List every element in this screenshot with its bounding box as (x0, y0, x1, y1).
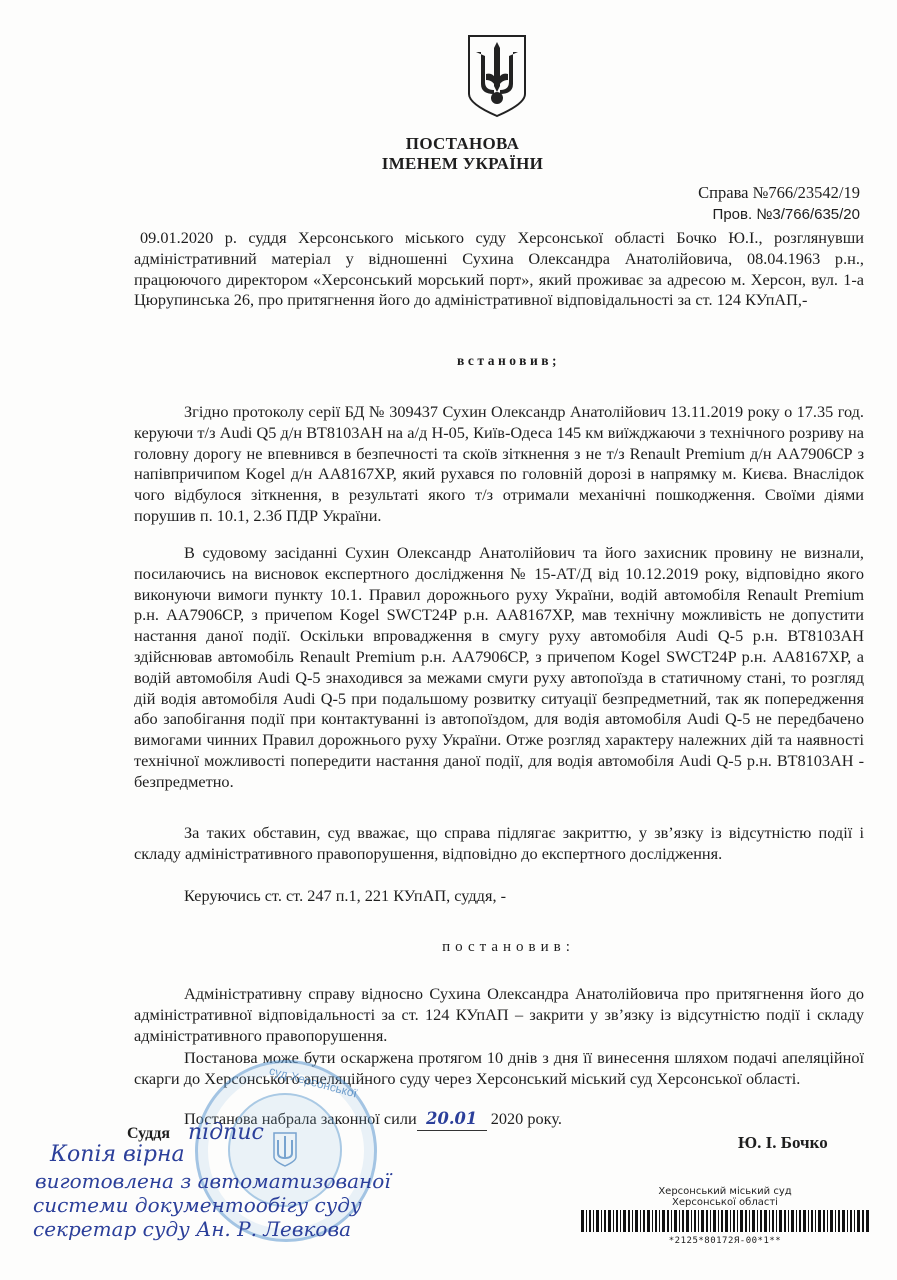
barcode-title-line2: Херсонської області (575, 1197, 875, 1208)
effective-suffix: 2020 року. (491, 1109, 562, 1128)
ukraine-trident-emblem-icon (466, 34, 528, 118)
barcode-title-line1: Херсонський міський суд (575, 1186, 875, 1197)
established-paragraph-3: За таких обставин, суд вважає, що справа… (134, 823, 864, 865)
handwritten-line-4: секретар суду Ан. Р. Левкова (33, 1218, 351, 1240)
document-title: ПОСТАНОВА (14, 134, 897, 154)
barcode-code: *2125*80172Я-00*1** (575, 1236, 875, 1246)
paragraph-text: За таких обставин, суд вважає, що справа… (134, 823, 864, 863)
section-heading-established: встановив; (60, 353, 897, 369)
signer-label: Суддя (127, 1125, 170, 1143)
document-page: ПОСТАНОВА ІМЕНЕМ УКРАЇНИ Справа №766/235… (0, 0, 897, 1280)
paragraph-text: Керуючись ст. ст. 247 п.1, 221 КУпАП, су… (184, 886, 506, 905)
effective-date-handwritten: 20.01 (417, 1109, 487, 1131)
barcode-block: Херсонський міський суд Херсонської обла… (575, 1186, 875, 1246)
established-paragraph-4: Керуючись ст. ст. 247 п.1, 221 КУпАП, су… (134, 886, 864, 907)
handwritten-line-3: системи документообігу суду (33, 1194, 362, 1216)
handwritten-signature: підпис (188, 1122, 264, 1144)
signer-name: Ю. І. Бочко (738, 1133, 828, 1153)
intro-text: 09.01.2020 р. суддя Херсонського міськог… (134, 228, 864, 309)
intro-paragraph: 09.01.2020 р. суддя Херсонського міськог… (134, 228, 864, 311)
section-heading-resolved: постановив: (60, 939, 897, 956)
established-paragraph-1: Згідно протоколу серії БД № 309437 Сухин… (134, 402, 864, 527)
handwritten-line-2: виготовлена з автоматизованої (35, 1170, 391, 1192)
barcode-icon (581, 1210, 869, 1232)
handwritten-copy-certified: Копія вірна (50, 1144, 185, 1166)
established-paragraph-2: В судовому засіданні Сухин Олександр Ана… (134, 543, 864, 793)
resolved-paragraph-1: Адміністративну справу відносно Сухина О… (134, 984, 864, 1046)
document-subtitle: ІМЕНЕМ УКРАЇНИ (14, 154, 897, 174)
paragraph-text: Адміністративну справу відносно Сухина О… (134, 984, 864, 1045)
paragraph-text: В судовому засіданні Сухин Олександр Ана… (134, 543, 864, 791)
proceeding-number: Пров. №3/766/635/20 (713, 206, 860, 223)
stamp-trident-icon (272, 1131, 298, 1167)
paragraph-text: Згідно протоколу серії БД № 309437 Сухин… (134, 402, 864, 525)
case-number: Справа №766/23542/19 (698, 183, 860, 203)
